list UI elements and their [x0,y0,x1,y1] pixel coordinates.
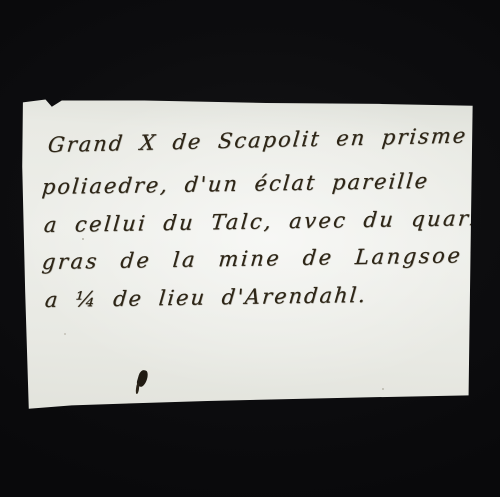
note-card: Grand X de Scapolit en prisme poliaedre,… [22,98,474,410]
handwritten-line: poliaedre, d'un éclat pareille [41,169,430,199]
handwritten-line: a cellui du Talc, avec du quarz [43,206,485,237]
ink-blot [136,369,149,388]
photo-background: Grand X de Scapolit en prisme poliaedre,… [0,0,500,497]
handwritten-line: gras de la mine de Langsoe [41,243,464,274]
handwritten-line: a ¼ de lieu d'Arendahl. [44,283,368,312]
handwritten-line: Grand X de Scapolit en prisme [47,123,469,157]
paper-speck [82,238,84,240]
